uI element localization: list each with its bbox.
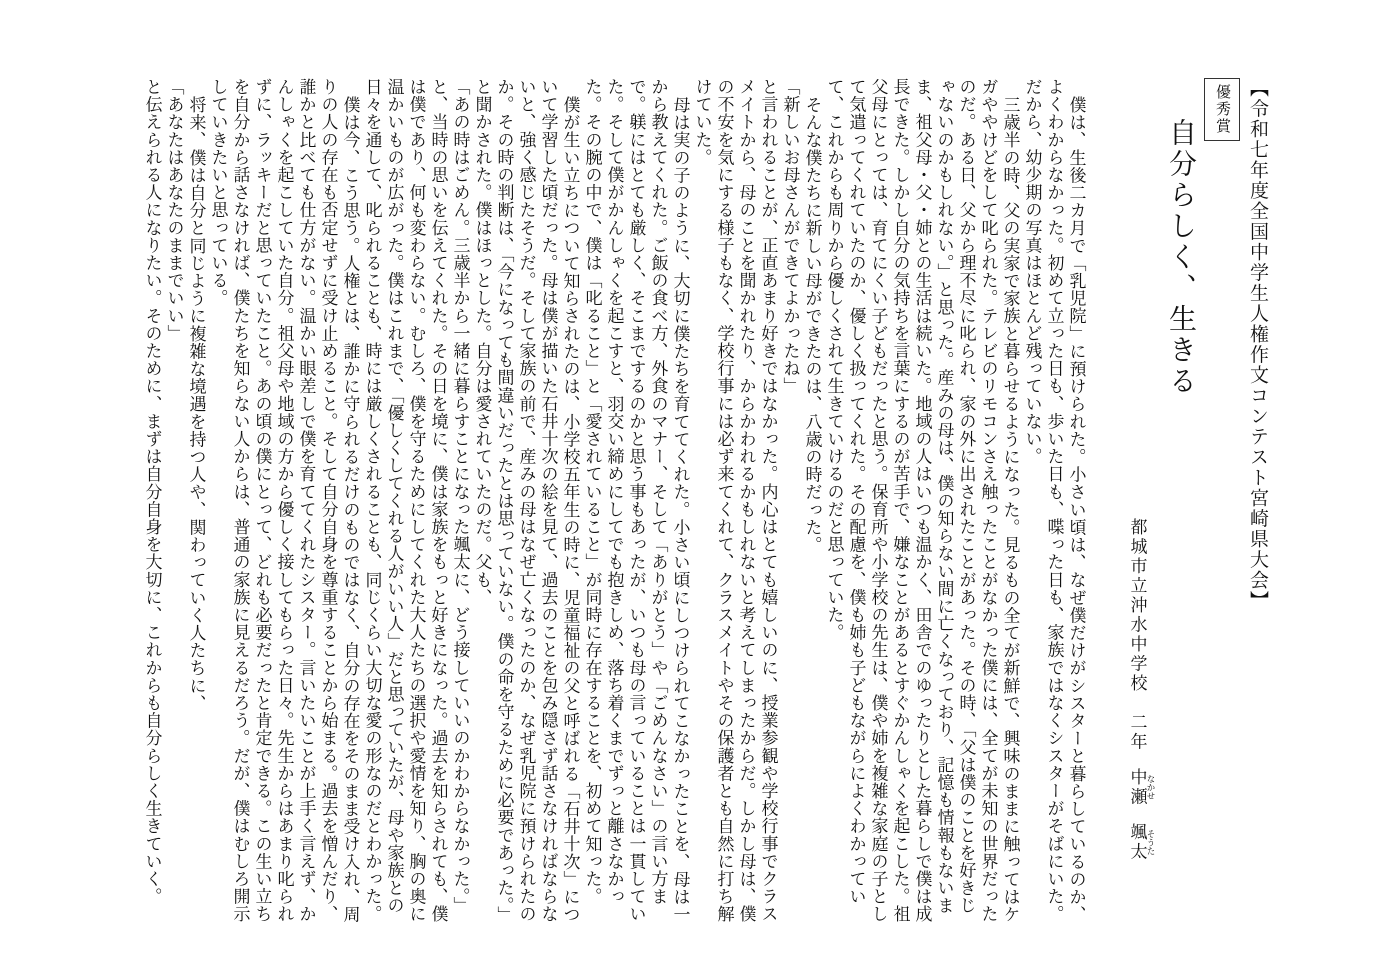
author-school-grade: 都城市立沖水中学校 二年: [1128, 518, 1147, 752]
document-page: 【令和七年度全国中学生人権作文コンテスト宮崎県大会】 優秀賞 自分らしく、生きる…: [0, 0, 1376, 972]
contest-header: 【令和七年度全国中学生人権作文コンテスト宮崎県大会】: [1244, 78, 1270, 924]
essay-paragraph: と伝えられる人になりたい。そのために、まずは自分自身を大切に、これからも自分らし…: [141, 78, 163, 924]
author-given-name-kanji: 颯太: [1128, 823, 1147, 862]
essay-quote-line: 「あなたはあなたのままでいい」: [163, 78, 185, 924]
author-given-name-furigana: そうた: [1146, 823, 1156, 862]
essay-paragraph: と、当時の思いを伝えてくれた。その日を境に、僕は家族をもっと好きになった。過去を…: [361, 78, 449, 924]
essay-quote-line: 「あの時はごめん。三歳半から一緒に暮らすことになった颯太に、どう接していいのかわ…: [449, 78, 471, 924]
author-line: 都城市立沖水中学校 二年中瀬なかせ颯太そうた: [1125, 78, 1157, 924]
essay-document: 【令和七年度全国中学生人権作文コンテスト宮崎県大会】 優秀賞 自分らしく、生きる…: [141, 78, 1271, 924]
essay-title: 自分らしく、生きる: [1164, 78, 1198, 924]
author-given-name: 颯太そうた: [1128, 823, 1147, 862]
essay-paragraph: 将来、僕は自分と同じように複雑な境遇を持つ人や、関わっていく人たちに、: [185, 78, 207, 924]
essay-paragraph: 三歳半の時、父の実家で家族と暮らせるようになった。見るもの全てが新鮮で、興味のま…: [823, 78, 1021, 924]
essay-paragraph: そんな僕たちに新しい母ができたのは、八歳の時だった。: [801, 78, 823, 924]
author-surname-kanji: 中瀬: [1128, 768, 1147, 807]
award-badge-column: 優秀賞: [1204, 78, 1240, 924]
essay-paragraph: 僕が生い立ちについて知らされたのは、小学校五年生の時に、児童福祉の父と呼ばれる「…: [471, 78, 581, 924]
author-surname-furigana: なかせ: [1146, 768, 1156, 807]
essay-paragraph: 母は実の子のように、大切に僕たちを育ててくれた。小さい頃にしつけられてこなかった…: [581, 78, 691, 924]
essay-paragraph: 僕は今、こう思う。人権とは、誰かに守られるだけのものではなく、自分の存在をそのま…: [207, 78, 361, 924]
essay-body: 僕は、生後二カ月で「乳児院」に預けられた。小さい頃は、なぜ僕だけがシスターと暮ら…: [141, 78, 1087, 924]
essay-quote-line: 「新しいお母さんができてよかったね」: [779, 78, 801, 924]
essay-paragraph: 僕は、生後二カ月で「乳児院」に預けられた。小さい頃は、なぜ僕だけがシスターと暮ら…: [1021, 78, 1087, 924]
award-badge: 優秀賞: [1204, 78, 1240, 141]
essay-paragraph: と言われることが、正直あまり好きではなかった。内心はとても嬉しいのに、授業参観や…: [691, 78, 779, 924]
author-surname: 中瀬なかせ: [1128, 768, 1147, 807]
